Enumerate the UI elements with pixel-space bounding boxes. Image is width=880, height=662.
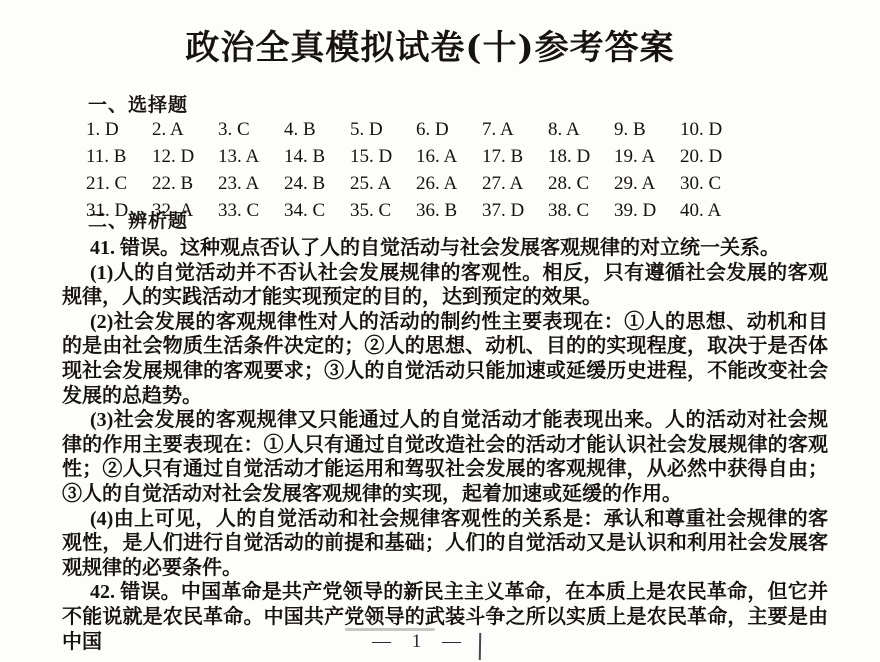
- page-number: — 1 —: [372, 631, 464, 652]
- answer-cell: 6. D: [416, 116, 482, 143]
- answer-cell: 8. A: [548, 116, 614, 143]
- answer-cell: 13. A: [218, 143, 284, 170]
- answer-cell: 4. B: [284, 116, 350, 143]
- section-heading-analysis: 二、辨析题: [88, 210, 188, 234]
- answer-cell: 26. A: [416, 170, 482, 197]
- scanned-answer-page: 政治全真模拟试卷(十)参考答案 一、选择题 1. D 2. A 3. C 4. …: [0, 0, 880, 662]
- answer-cell: 22. B: [152, 170, 218, 197]
- answer-cell: 25. A: [350, 170, 416, 197]
- answer-cell: 5. D: [350, 116, 416, 143]
- answer-cell: 2. A: [152, 116, 218, 143]
- answer-row: 21. C 22. B 23. A 24. B 25. A 26. A 27. …: [86, 170, 746, 197]
- page-body: 一、选择题 1. D 2. A 3. C 4. B 5. D 6. D 7. A…: [62, 94, 828, 634]
- answer-cell: 33. C: [218, 197, 284, 224]
- answer-cell: 28. C: [548, 170, 614, 197]
- answer-cell: 27. A: [482, 170, 548, 197]
- answer-cell: 10. D: [680, 116, 746, 143]
- page-footer: — 1 —: [0, 631, 836, 653]
- answer-cell: 24. B: [284, 170, 350, 197]
- answer-paragraph-41: 41. 错误。这种观点否认了人的自觉活动与社会发展客观规律的对立统一关系。: [62, 236, 828, 261]
- answer-cell: 9. B: [614, 116, 680, 143]
- answer-paragraph-41-point-2: (2)社会发展的客观规律性对人的活动的制约性主要表现在：①人的思想、动机和目的是…: [62, 310, 828, 408]
- answer-cell: 35. C: [350, 197, 416, 224]
- answer-cell: 40. A: [680, 197, 746, 224]
- answer-cell: 20. D: [680, 143, 746, 170]
- answer-cell: 16. A: [416, 143, 482, 170]
- answer-cell: 37. D: [482, 197, 548, 224]
- section-heading-multiple-choice: 一、选择题: [88, 94, 188, 118]
- answer-paragraph-41-point-1: (1)人的自觉活动并不否认社会发展规律的客观性。相反，只有遵循社会发展的客观规律…: [62, 261, 828, 310]
- answer-cell: 1. D: [86, 116, 152, 143]
- answer-cell: 14. B: [284, 143, 350, 170]
- answer-cell: 7. A: [482, 116, 548, 143]
- analysis-answers: 41. 错误。这种观点否认了人的自觉活动与社会发展客观规律的对立统一关系。 (1…: [62, 236, 828, 654]
- answer-cell: 38. C: [548, 197, 614, 224]
- scan-artifact-line: [479, 633, 481, 660]
- answer-cell: 18. D: [548, 143, 614, 170]
- answer-cell: 39. D: [614, 197, 680, 224]
- answer-cell: 11. B: [86, 143, 152, 170]
- answer-paragraph-41-point-3: (3)社会发展的客观规律又只能通过人的自觉活动才能表现出来。人的活动对社会规律的…: [62, 408, 828, 506]
- answer-cell: 15. D: [350, 143, 416, 170]
- answer-cell: 12. D: [152, 143, 218, 170]
- answer-cell: 23. A: [218, 170, 284, 197]
- answer-cell: 36. B: [416, 197, 482, 224]
- answer-cell: 19. A: [614, 143, 680, 170]
- answer-cell: 17. B: [482, 143, 548, 170]
- answer-cell: 21. C: [86, 170, 152, 197]
- answer-cell: 30. C: [680, 170, 746, 197]
- page-title: 政治全真模拟试卷(十)参考答案: [6, 24, 854, 72]
- answer-row: 11. B 12. D 13. A 14. B 15. D 16. A 17. …: [86, 143, 746, 170]
- answer-grid: 1. D 2. A 3. C 4. B 5. D 6. D 7. A 8. A …: [86, 116, 746, 224]
- answer-row: 1. D 2. A 3. C 4. B 5. D 6. D 7. A 8. A …: [86, 116, 746, 143]
- answer-cell: 34. C: [284, 197, 350, 224]
- answer-cell: 3. C: [218, 116, 284, 143]
- scan-artifact-smudge: [345, 628, 435, 631]
- answer-cell: 29. A: [614, 170, 680, 197]
- answer-paragraph-41-point-4: (4)由上可见，人的自觉活动和社会规律客观性的关系是：承认和尊重社会规律的客观性…: [62, 507, 828, 581]
